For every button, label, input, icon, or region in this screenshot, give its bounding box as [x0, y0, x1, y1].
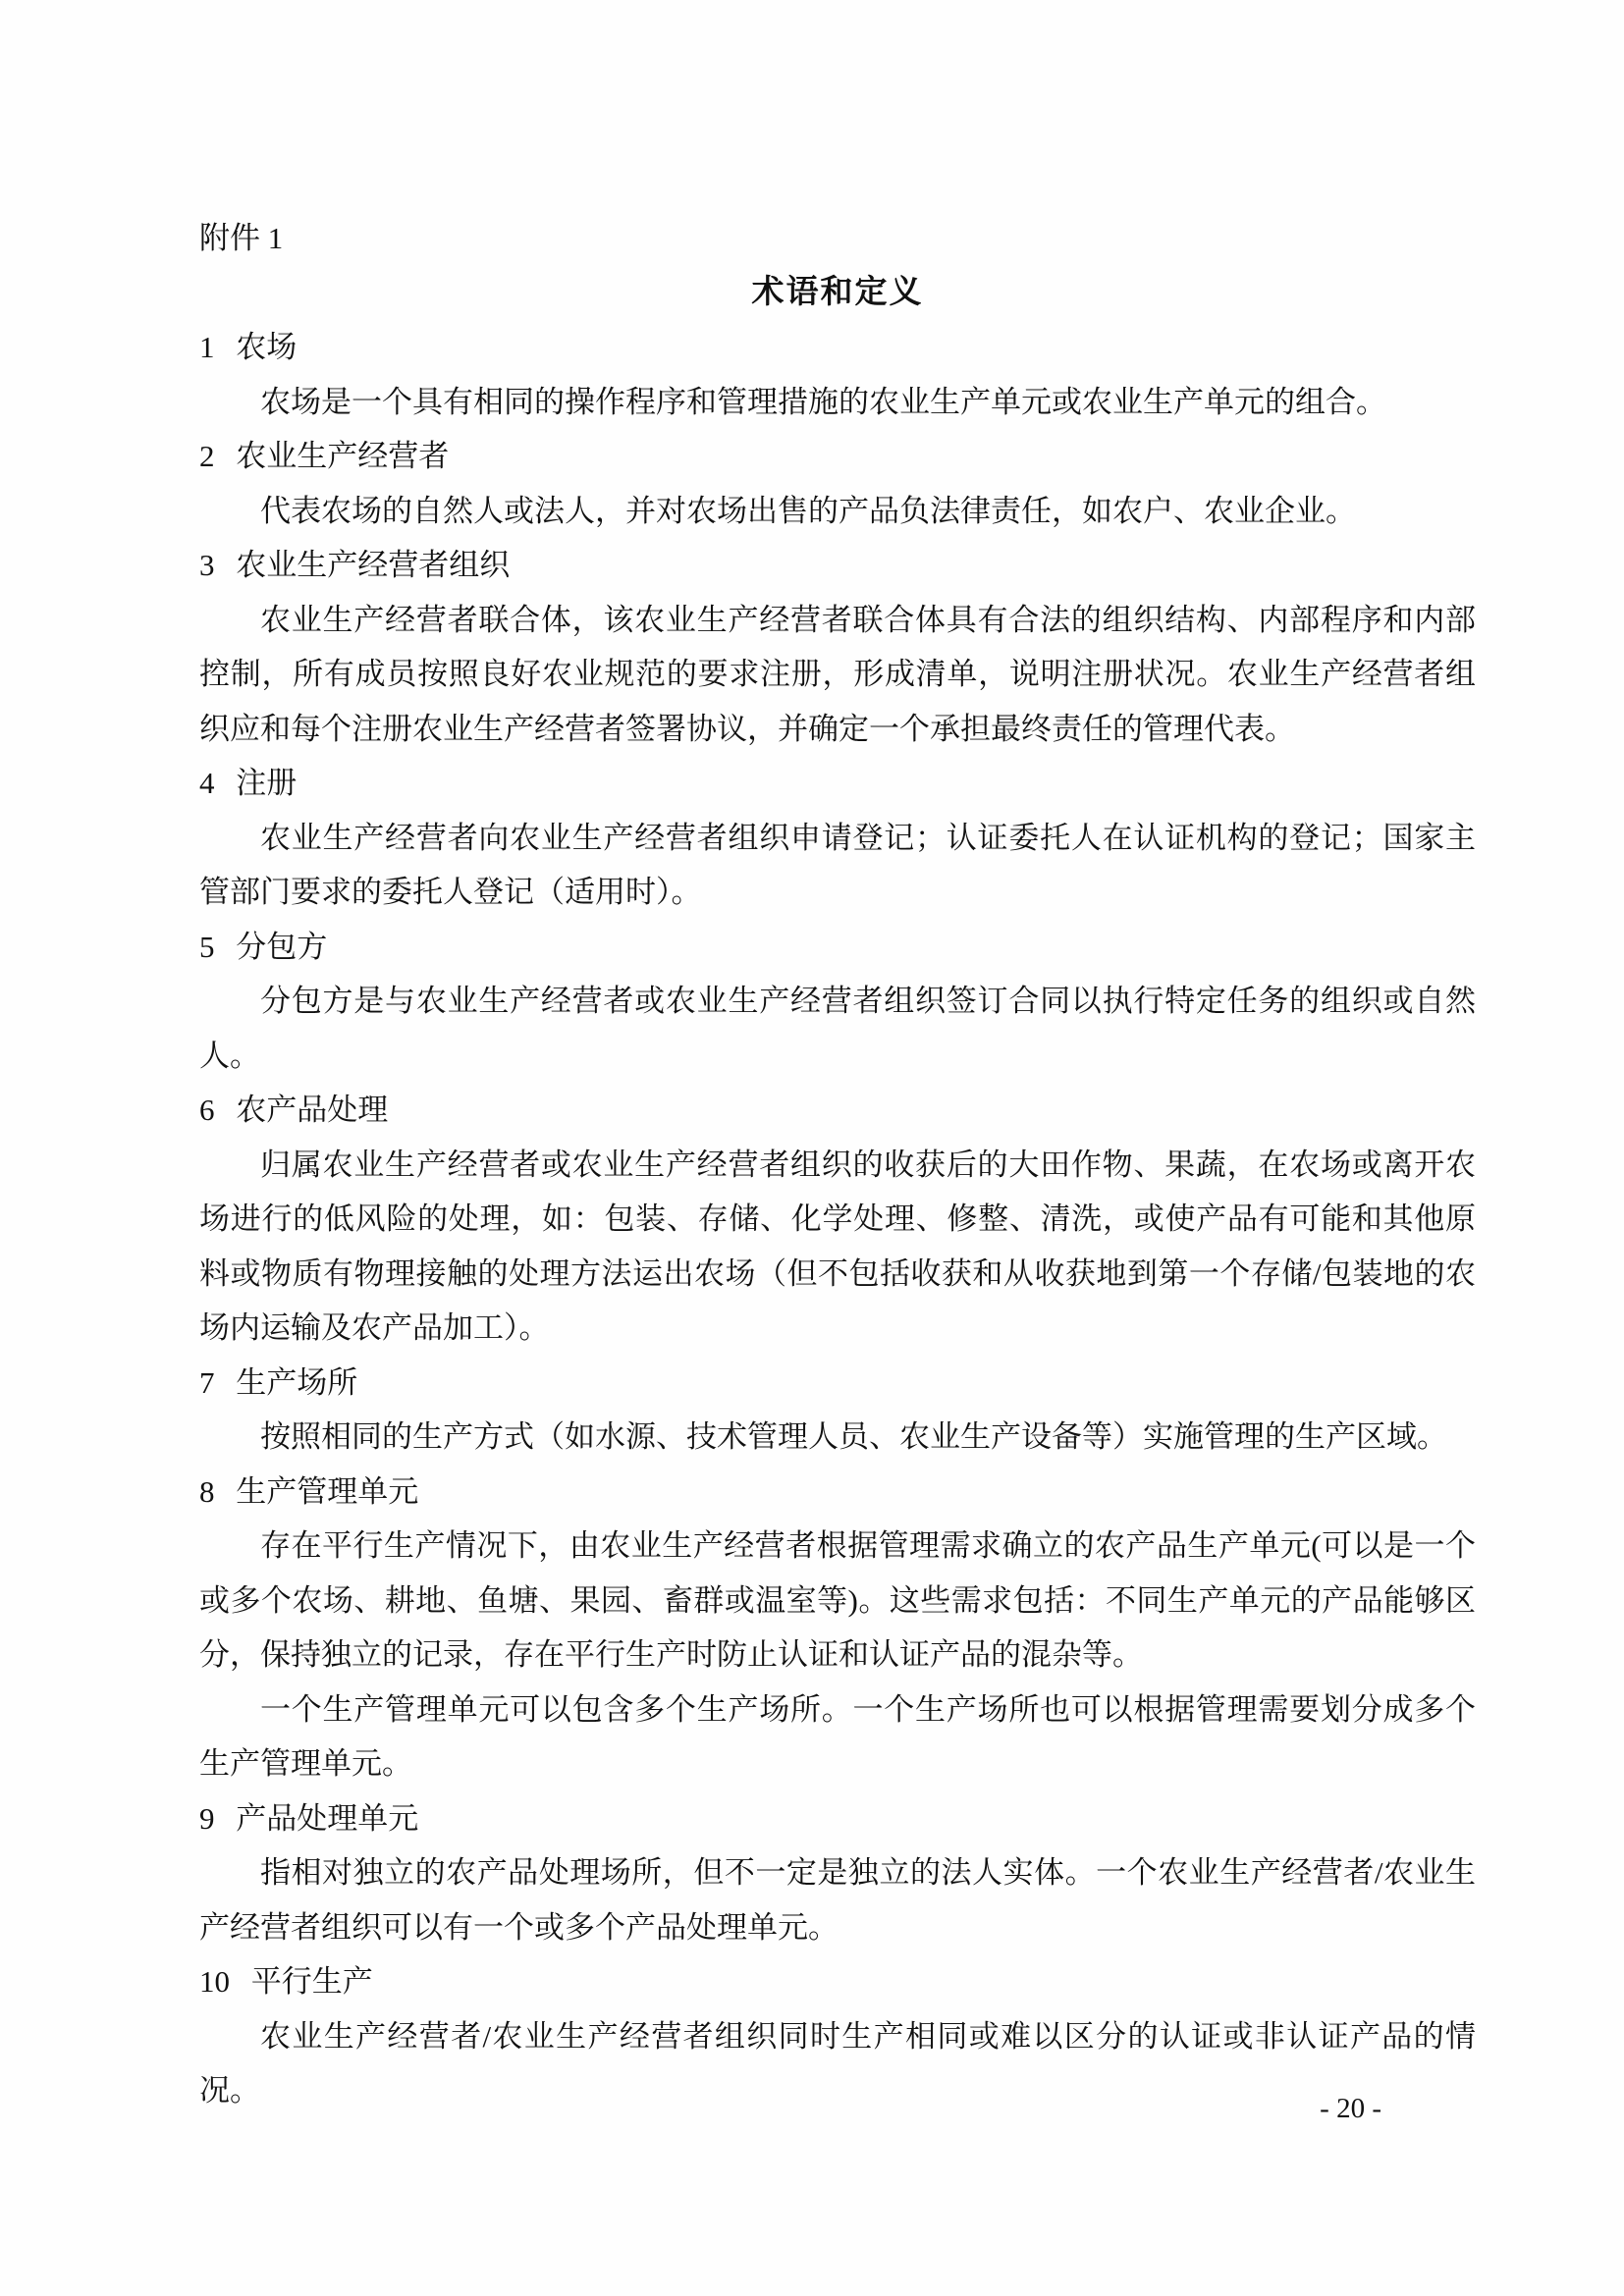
section-term: 生产管理单元: [236, 1465, 418, 1520]
section-number: 5: [199, 920, 215, 975]
section-paragraphs: 指相对独立的农产品处理场所，但不一定是独立的法人实体。一个农业生产经营者/农业生…: [199, 1845, 1476, 1954]
section-heading: 3 农业生产经营者组织: [199, 538, 1476, 593]
section-paragraphs: 农业生产经营者向农业生产经营者组织申请登记；认证委托人在认证机构的登记；国家主管…: [199, 811, 1476, 920]
section-paragraphs: 按照相同的生产方式（如水源、技术管理人员、农业生产设备等）实施管理的生产区域。: [199, 1410, 1476, 1465]
document-page: 附件 1 术语和定义 1 农场 农场是一个具有相同的操作程序和管理措施的农业生产…: [0, 0, 1624, 2296]
term-section: 8 生产管理单元 存在平行生产情况下，由农业生产经营者根据管理需求确立的农产品生…: [199, 1465, 1476, 1791]
section-heading: 10 平行生产: [199, 1954, 1476, 2009]
section-term: 注册: [236, 756, 297, 811]
section-paragraphs: 存在平行生产情况下，由农业生产经营者根据管理需求确立的农产品生产单元(可以是一个…: [199, 1519, 1476, 1791]
section-paragraphs: 农场是一个具有相同的操作程序和管理措施的农业生产单元或农业生产单元的组合。: [199, 375, 1476, 430]
section-number: 3: [199, 538, 215, 593]
section-term: 分包方: [236, 920, 327, 975]
section-term: 农业生产经营者组织: [236, 538, 510, 593]
term-section: 3 农业生产经营者组织 农业生产经营者联合体，该农业生产经营者联合体具有合法的组…: [199, 538, 1476, 756]
term-section: 4 注册 农业生产经营者向农业生产经营者组织申请登记；认证委托人在认证机构的登记…: [199, 756, 1476, 920]
section-paragraphs: 归属农业生产经营者或农业生产经营者组织的收获后的大田作物、果蔬，在农场或离开农场…: [199, 1138, 1476, 1356]
section-term: 生产场所: [236, 1356, 357, 1411]
document-content: 附件 1 术语和定义 1 农场 农场是一个具有相同的操作程序和管理措施的农业生产…: [199, 211, 1476, 2118]
section-term: 农业生产经营者: [236, 429, 449, 484]
section-heading: 4 注册: [199, 756, 1476, 811]
section-paragraph: 农业生产经营者/农业生产经营者组织同时生产相同或难以区分的认证或非认证产品的情况…: [199, 2009, 1476, 2118]
section-heading: 2 农业生产经营者: [199, 429, 1476, 484]
section-paragraph: 存在平行生产情况下，由农业生产经营者根据管理需求确立的农产品生产单元(可以是一个…: [199, 1519, 1476, 1682]
section-number: 6: [199, 1083, 215, 1138]
section-term: 农场: [236, 320, 297, 375]
section-paragraph: 农场是一个具有相同的操作程序和管理措施的农业生产单元或农业生产单元的组合。: [199, 375, 1476, 430]
section-heading: 8 生产管理单元: [199, 1465, 1476, 1520]
term-section: 7 生产场所 按照相同的生产方式（如水源、技术管理人员、农业生产设备等）实施管理…: [199, 1356, 1476, 1465]
section-paragraphs: 分包方是与农业生产经营者或农业生产经营者组织签订合同以执行特定任务的组织或自然人…: [199, 974, 1476, 1083]
section-number: 9: [199, 1791, 215, 1846]
section-paragraph: 代表农场的自然人或法人，并对农场出售的产品负法律责任，如农户、农业企业。: [199, 484, 1476, 539]
section-number: 4: [199, 756, 215, 811]
section-number: 8: [199, 1465, 215, 1520]
section-paragraph: 一个生产管理单元可以包含多个生产场所。一个生产场所也可以根据管理需要划分成多个生…: [199, 1682, 1476, 1791]
term-section: 10 平行生产 农业生产经营者/农业生产经营者组织同时生产相同或难以区分的认证或…: [199, 1954, 1476, 2118]
term-section: 9 产品处理单元 指相对独立的农产品处理场所，但不一定是独立的法人实体。一个农业…: [199, 1791, 1476, 1955]
section-number: 1: [199, 320, 215, 375]
page-title: 术语和定义: [199, 266, 1476, 321]
section-paragraph: 归属农业生产经营者或农业生产经营者组织的收获后的大田作物、果蔬，在农场或离开农场…: [199, 1138, 1476, 1356]
section-number: 10: [199, 1954, 230, 2009]
term-section: 2 农业生产经营者 代表农场的自然人或法人，并对农场出售的产品负法律责任，如农户…: [199, 429, 1476, 538]
section-heading: 9 产品处理单元: [199, 1791, 1476, 1846]
section-heading: 5 分包方: [199, 920, 1476, 975]
section-paragraphs: 代表农场的自然人或法人，并对农场出售的产品负法律责任，如农户、农业企业。: [199, 484, 1476, 539]
section-number: 7: [199, 1356, 215, 1411]
section-paragraphs: 农业生产经营者联合体，该农业生产经营者联合体具有合法的组织结构、内部程序和内部控…: [199, 593, 1476, 757]
section-term: 产品处理单元: [236, 1791, 418, 1846]
attachment-label: 附件 1: [199, 211, 1476, 266]
section-paragraph: 指相对独立的农产品处理场所，但不一定是独立的法人实体。一个农业生产经营者/农业生…: [199, 1845, 1476, 1954]
sections: 1 农场 农场是一个具有相同的操作程序和管理措施的农业生产单元或农业生产单元的组…: [199, 320, 1476, 2118]
section-heading: 7 生产场所: [199, 1356, 1476, 1411]
section-heading: 6 农产品处理: [199, 1083, 1476, 1138]
page-number: - 20 -: [1320, 2089, 1381, 2128]
term-section: 1 农场 农场是一个具有相同的操作程序和管理措施的农业生产单元或农业生产单元的组…: [199, 320, 1476, 429]
section-paragraph: 农业生产经营者向农业生产经营者组织申请登记；认证委托人在认证机构的登记；国家主管…: [199, 811, 1476, 920]
section-paragraph: 分包方是与农业生产经营者或农业生产经营者组织签订合同以执行特定任务的组织或自然人…: [199, 974, 1476, 1083]
section-heading: 1 农场: [199, 320, 1476, 375]
section-term: 平行生产: [251, 1954, 373, 2009]
section-paragraph: 农业生产经营者联合体，该农业生产经营者联合体具有合法的组织结构、内部程序和内部控…: [199, 593, 1476, 757]
section-term: 农产品处理: [236, 1083, 388, 1138]
section-paragraph: 按照相同的生产方式（如水源、技术管理人员、农业生产设备等）实施管理的生产区域。: [199, 1410, 1476, 1465]
term-section: 6 农产品处理 归属农业生产经营者或农业生产经营者组织的收获后的大田作物、果蔬，…: [199, 1083, 1476, 1356]
term-section: 5 分包方 分包方是与农业生产经营者或农业生产经营者组织签订合同以执行特定任务的…: [199, 920, 1476, 1084]
section-paragraphs: 农业生产经营者/农业生产经营者组织同时生产相同或难以区分的认证或非认证产品的情况…: [199, 2009, 1476, 2118]
section-number: 2: [199, 429, 215, 484]
